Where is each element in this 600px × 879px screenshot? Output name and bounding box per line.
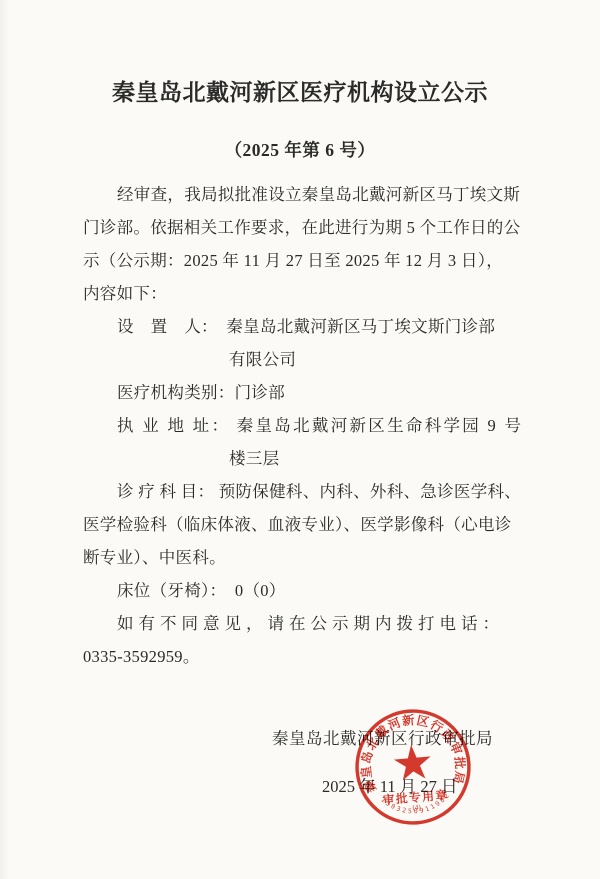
body-line: 楼三层 [83,442,600,475]
body-line: 医疗机构类别：门诊部 [83,376,600,409]
body-line: 床位（牙椅）： 0（0） [83,574,600,607]
body-line: 有限公司 [83,343,600,376]
official-seal: 秦皇岛北戴河新区行政审批局 审批专用章 (4) 1303250911982 [348,702,478,832]
body-line: 设 置 人： 秦皇岛北戴河新区马丁埃文斯门诊部 [83,310,600,343]
body-line: 内容如下： [83,277,600,310]
body-line: 如有不同意见，请在公示期内拨打电话： [83,607,600,640]
body-line: 医学检验科（临床体液、血液专业）、医学影像科（心电诊 [83,508,600,541]
body-line: 门诊部。依据相关工作要求，在此进行为期 5 个工作日的公 [83,211,600,244]
page-title: 秦皇岛北戴河新区医疗机构设立公示 [0,74,600,107]
document-body: 经审查，我局拟批准设立秦皇岛北戴河新区马丁埃文斯门诊部。依据相关工作要求，在此进… [83,178,600,673]
document-page: 秦皇岛北戴河新区医疗机构设立公示 （2025 年第 6 号） 经审查，我局拟批准… [0,0,600,879]
document-number: （2025 年第 6 号） [0,137,600,162]
seal-star-icon [393,743,433,781]
body-line: 执 业 地 址： 秦皇岛北戴河新区生命科学园 9 号 [83,409,600,442]
body-line: 示（公示期：2025 年 11 月 27 日至 2025 年 12 月 3 日）… [83,244,600,277]
body-line: 0335-3592959。 [83,640,600,673]
body-line: 诊 疗 科 目： 预防保健科、内科、外科、急诊医学科、 [83,475,600,508]
body-line: 经审查，我局拟批准设立秦皇岛北戴河新区马丁埃文斯 [83,178,600,211]
body-line: 断专业）、中医科。 [83,541,600,574]
